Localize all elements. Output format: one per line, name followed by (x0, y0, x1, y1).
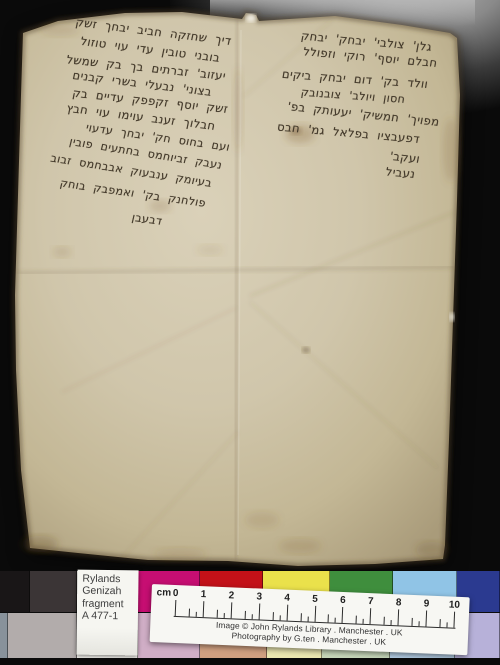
ruler-number: 6 (340, 595, 346, 606)
color-patch (0, 571, 30, 612)
ruler-number: 5 (312, 594, 318, 605)
ruler-tick (439, 619, 440, 627)
ruler-tick (328, 614, 329, 622)
ruler-tick (286, 605, 288, 621)
manuscript-paper (0, 0, 500, 665)
ruler-tick (384, 617, 385, 625)
ruler-number: 0 (173, 588, 179, 599)
ruler-tick (426, 611, 428, 627)
ruler-tick (189, 609, 190, 617)
ruler-tick (453, 612, 455, 628)
color-patch (0, 613, 8, 658)
ruler-tick (272, 612, 273, 620)
ruler-tick (203, 601, 205, 617)
ruler-tick (300, 613, 301, 621)
ruler-tick (244, 611, 245, 619)
ruler-tick (258, 603, 260, 619)
photo-stage: גלן' צולבי' יבחק' יבחקחבלם יוסף' רוקי וז… (0, 0, 500, 665)
ruler-number: 1 (200, 589, 206, 600)
ruler-number: 2 (228, 590, 234, 601)
ruler-tick (342, 607, 344, 623)
ruler-tick (314, 606, 316, 622)
ruler-number: 9 (423, 598, 429, 609)
fragment-label-line: fragment (82, 597, 138, 610)
color-patch (30, 571, 77, 612)
fragment-label-line: A 477-1 (82, 610, 138, 623)
ruler-number: 4 (284, 593, 290, 604)
ruler-tick (216, 610, 217, 618)
ruler-number: 10 (449, 599, 461, 610)
edge-fleck (450, 313, 455, 322)
ruler-number: 7 (368, 596, 374, 607)
ruler-number: 3 (256, 591, 262, 602)
torn-notch (246, 14, 256, 22)
fragment-label-line: Genizah (82, 585, 138, 598)
color-patch (8, 613, 77, 658)
ruler-tick (398, 609, 400, 625)
ruler-number: 8 (396, 597, 402, 608)
ruler-tick (412, 618, 413, 626)
ruler-tick (175, 600, 177, 616)
fragment-label: RylandsGenizahfragmentA 477-1 (76, 570, 138, 656)
ruler-tick (356, 616, 357, 624)
ruler-tick (230, 602, 232, 618)
ruler-tick (370, 608, 372, 624)
fragment-label-line: Rylands (82, 573, 138, 586)
